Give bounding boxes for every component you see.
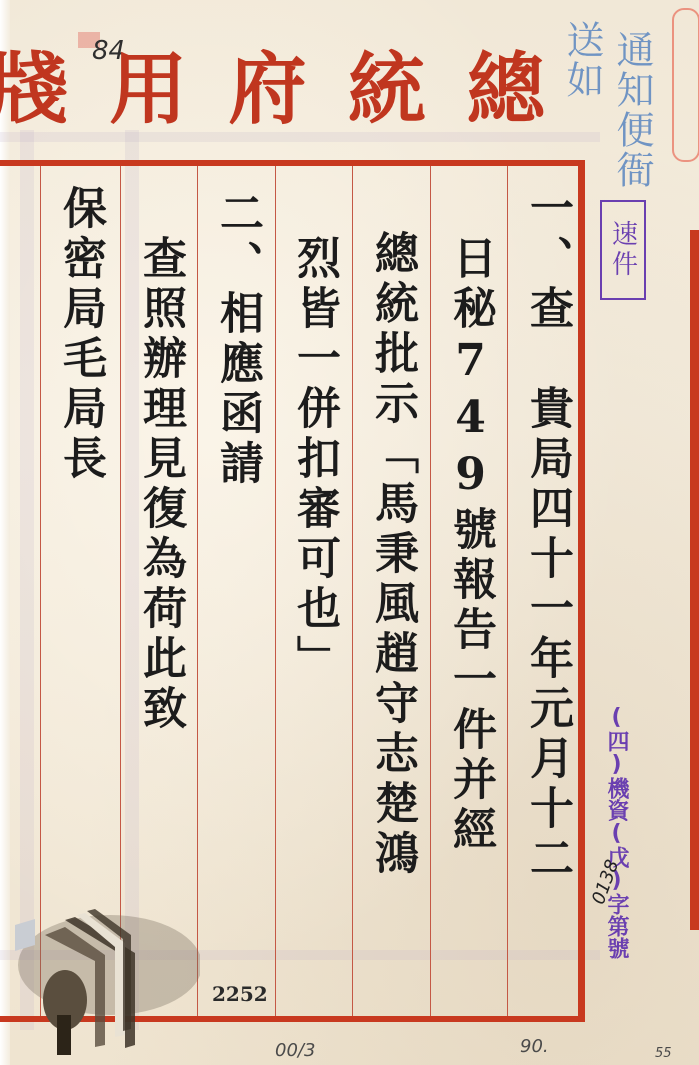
body-column-6: 查照辦理見復為荷此致 xyxy=(125,235,195,735)
body-column-7-addressee: 保密局毛局長 xyxy=(45,185,115,485)
reference-stamp-suffix: 號 xyxy=(604,937,629,959)
red-pencil-loop xyxy=(672,8,699,162)
column-rule xyxy=(430,166,431,1016)
letterhead-char-1: 總 xyxy=(467,51,545,129)
letterhead-char-5: 牋 xyxy=(0,51,68,129)
column-rule xyxy=(120,166,121,1016)
urgent-stamp: 速件 xyxy=(600,200,646,300)
body-column-4: 烈皆一併扣審可也」 xyxy=(279,235,349,685)
serial-number: 2252 xyxy=(212,982,268,1006)
column-rule xyxy=(197,166,198,1016)
body-column-5: 二、相應函請 xyxy=(202,190,272,490)
body-column-2: 日秘749號報告一件并經 xyxy=(435,235,505,856)
column-rule xyxy=(275,166,276,1016)
right-edge-red-band xyxy=(690,230,699,930)
body-column-1: 一、查 貴局四十一年元月十二 xyxy=(512,185,582,885)
blue-pencil-note-1: 送如 xyxy=(560,20,604,100)
bottom-note-2: 90. xyxy=(520,1036,549,1057)
letterhead-char-3: 府 xyxy=(228,51,306,129)
column-rule xyxy=(507,166,508,1016)
archive-book-icon xyxy=(15,905,200,1055)
letterhead-char-2: 統 xyxy=(348,51,426,129)
reference-stamp: (四)機資(戊)字第號 xyxy=(591,705,631,959)
column-rule xyxy=(40,166,41,1016)
letterhead: 總 統 府 用 牋 xyxy=(0,40,560,140)
body-column-3: 總統批示「馬秉風趙守志楚鴻 xyxy=(357,230,427,880)
column-rule xyxy=(352,166,353,1016)
letterhead-char-4: 用 xyxy=(109,51,187,129)
bottom-note-3: 55 xyxy=(655,1046,672,1061)
bottom-note-1: 00/3 xyxy=(275,1040,315,1061)
blue-pencil-note-2: 通知便衙 xyxy=(610,30,654,190)
